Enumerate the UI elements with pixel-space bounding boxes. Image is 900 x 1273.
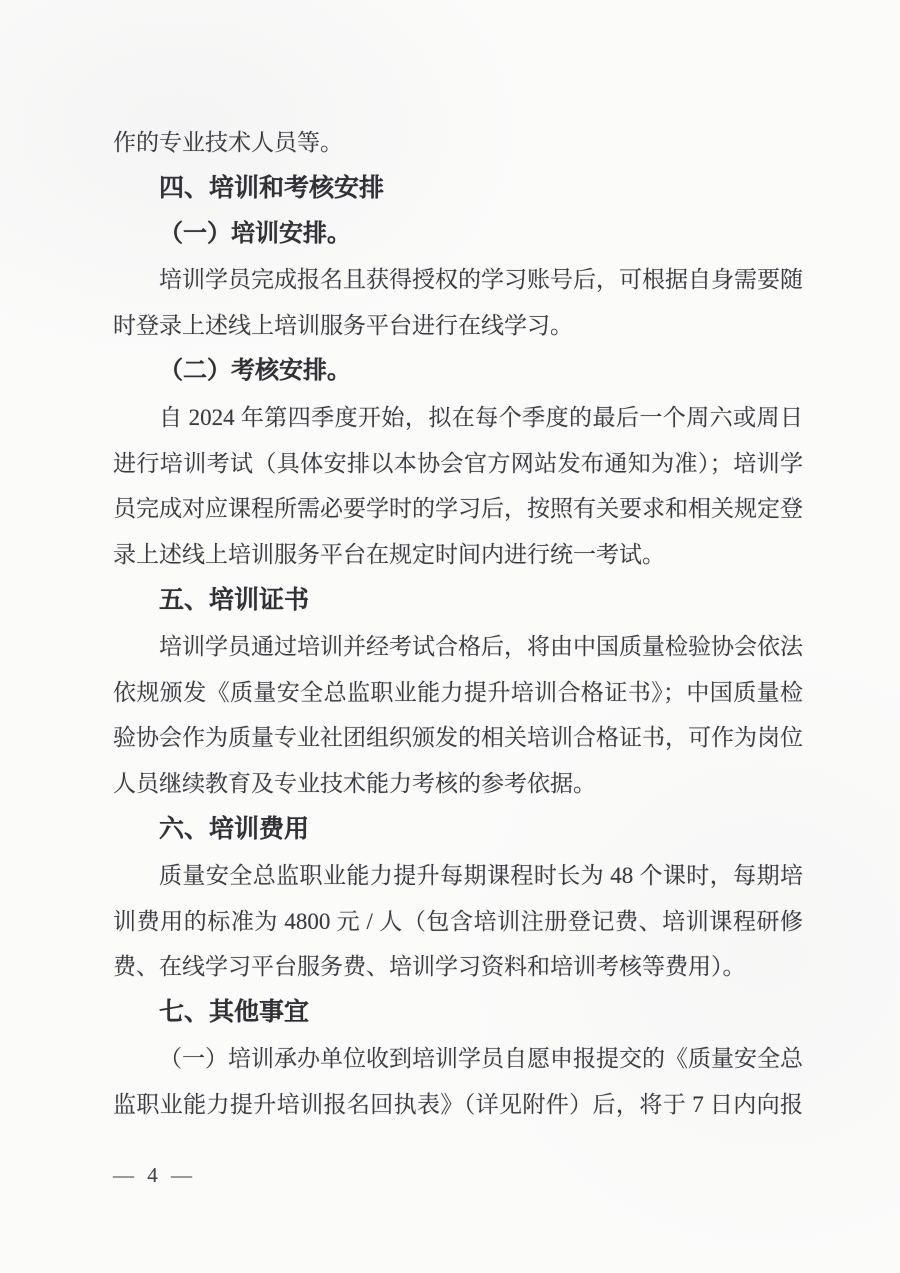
subheading-training-arrangement: （一）培训安排。: [113, 212, 803, 258]
paragraph-line: 监职业能力提升培训报名回执表》（详见附件）后，将于 7 日内向报: [113, 1082, 803, 1128]
paragraph-line: 费、在线学习平台服务费、培训学习资料和培训考核等费用）。: [113, 944, 803, 990]
paragraph-line: 验协会作为质量专业社团组织颁发的相关培训合格证书，可作为岗位: [113, 715, 803, 761]
paragraph-line: 员完成对应课程所需必要学时的学习后，按照有关要求和相关规定登: [113, 486, 803, 532]
paragraph-line: 录上述线上培训服务平台在规定时间内进行统一考试。: [113, 532, 803, 578]
heading-4-training-exam-arrangement: 四、培训和考核安排: [113, 166, 803, 212]
heading-7-other-matters: 七、其他事宜: [113, 990, 803, 1036]
page-number: — 4 —: [113, 1163, 196, 1188]
document-page: 作的专业技术人员等。 四、培训和考核安排 （一）培训安排。 培训学员完成报名且获…: [0, 0, 900, 1273]
paragraph-line: 进行培训考试（具体安排以本协会官方网站发布通知为准）；培训学: [113, 441, 803, 487]
heading-6-training-fee: 六、培训费用: [113, 807, 803, 853]
paragraph-line: 培训学员完成报名且获得授权的学习账号后，可根据自身需要随: [113, 257, 803, 303]
paragraph-line: （一）培训承办单位收到培训学员自愿申报提交的《质量安全总: [113, 1036, 803, 1082]
paragraph-line: 质量安全总监职业能力提升每期课程时长为 48 个课时，每期培: [113, 853, 803, 899]
paragraph-line: 时登录上述线上培训服务平台进行在线学习。: [113, 303, 803, 349]
paragraph-line: 培训学员通过培训并经考试合格后，将由中国质量检验协会依法: [113, 624, 803, 670]
subheading-exam-arrangement: （二）考核安排。: [113, 349, 803, 395]
paragraph-line: 训费用的标准为 4800 元 / 人（包含培训注册登记费、培训课程研修: [113, 899, 803, 945]
paragraph-continuation-line: 作的专业技术人员等。: [113, 120, 803, 166]
paragraph-line: 自 2024 年第四季度开始，拟在每个季度的最后一个周六或周日: [113, 395, 803, 441]
document-body: 作的专业技术人员等。 四、培训和考核安排 （一）培训安排。 培训学员完成报名且获…: [113, 120, 803, 1128]
heading-5-training-certificate: 五、培训证书: [113, 578, 803, 624]
paragraph-line: 人员继续教育及专业技术能力考核的参考依据。: [113, 761, 803, 807]
paragraph-line: 依规颁发《质量安全总监职业能力提升培训合格证书》；中国质量检: [113, 670, 803, 716]
